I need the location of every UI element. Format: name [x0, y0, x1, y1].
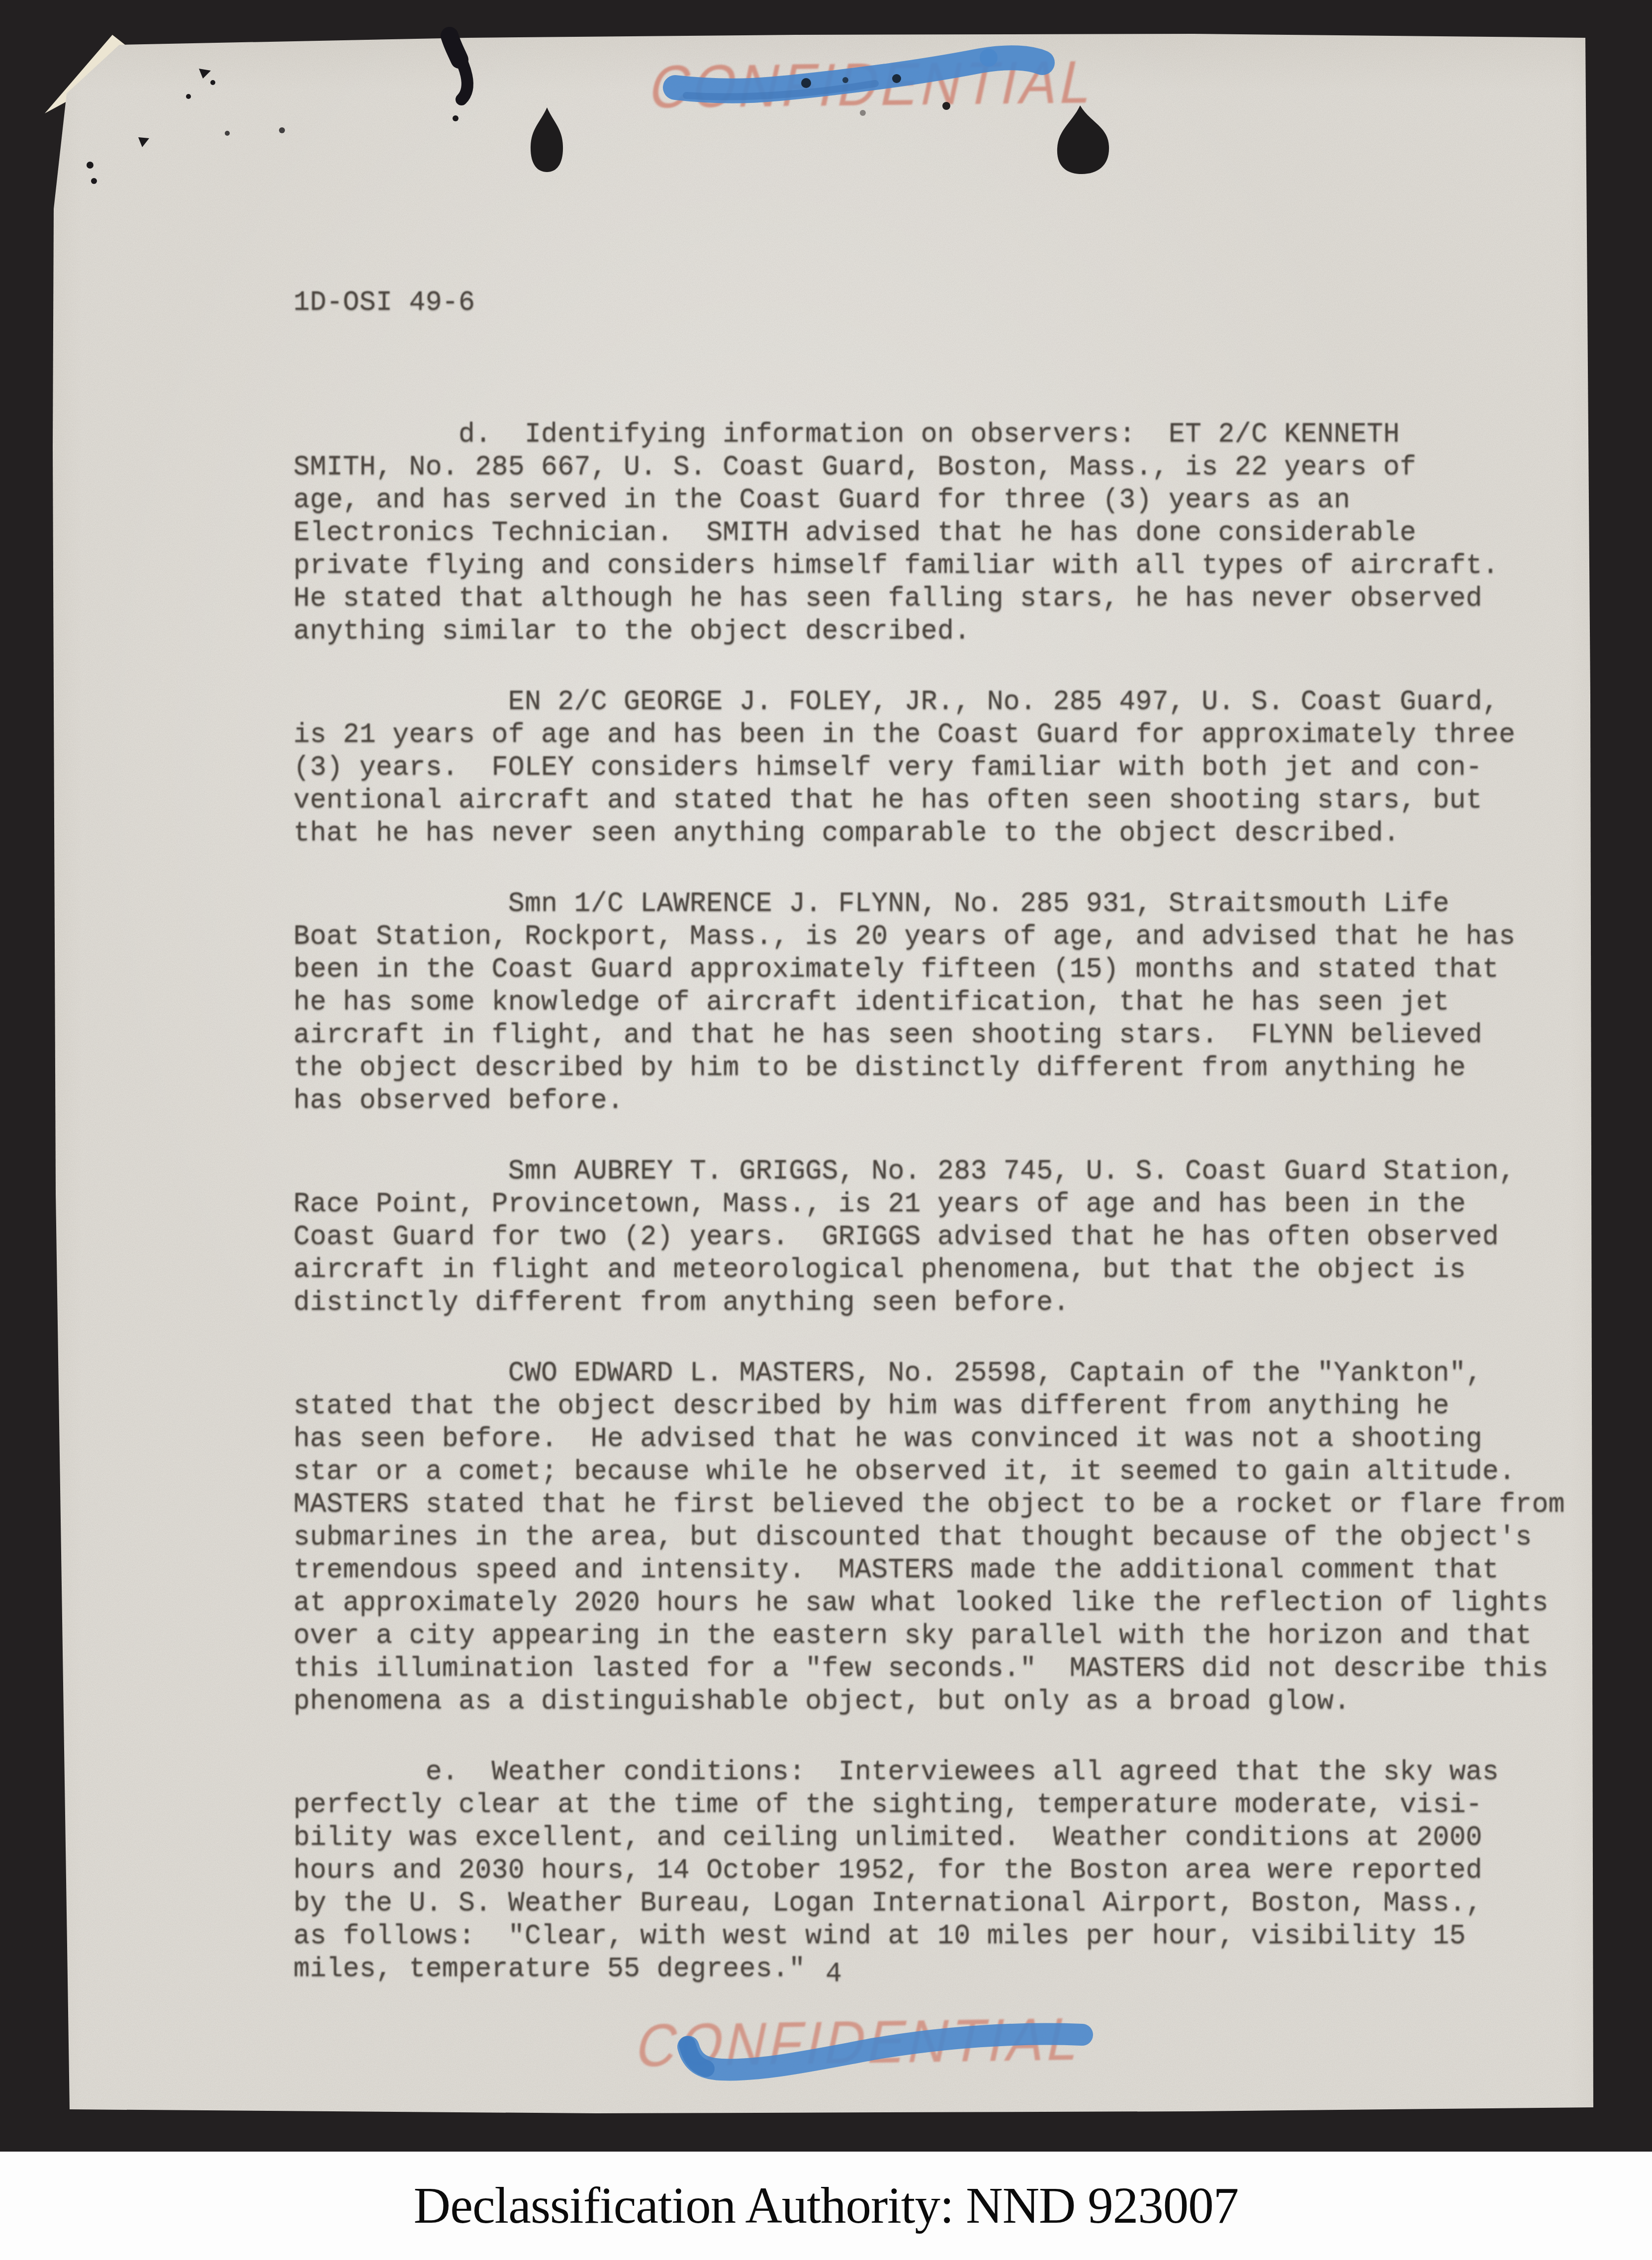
paragraphs: d. Identifying information on observers:…	[293, 418, 1565, 1986]
text-line: the object described by him to be distin…	[293, 1052, 1565, 1085]
text-line: as follows: "Clear, with west wind at 10…	[293, 1920, 1565, 1953]
text-line: submarines in the area, but discounted t…	[293, 1521, 1565, 1554]
text-line: MASTERS stated that he first believed th…	[293, 1488, 1565, 1521]
paragraph: d. Identifying information on observers:…	[293, 418, 1565, 648]
paragraph: CWO EDWARD L. MASTERS, No. 25598, Captai…	[293, 1357, 1565, 1718]
text-line: has seen before. He advised that he was …	[293, 1423, 1565, 1455]
text-line: star or a comet; because while he observ…	[293, 1455, 1565, 1488]
text-line: miles, temperature 55 degrees."	[293, 1953, 1565, 1986]
text-line: Coast Guard for two (2) years. GRIGGS ad…	[293, 1221, 1565, 1254]
text-line: has observed before.	[293, 1085, 1565, 1117]
text-line: Boat Station, Rockport, Mass., is 20 yea…	[293, 920, 1565, 953]
paragraph: EN 2/C GEORGE J. FOLEY, JR., No. 285 497…	[293, 686, 1565, 850]
document-reference: 1D-OSI 49-6	[293, 286, 1565, 319]
text-line: over a city appearing in the eastern sky…	[293, 1620, 1565, 1652]
text-line: hours and 2030 hours, 14 October 1952, f…	[293, 1854, 1565, 1887]
paragraph: Smn 1/C LAWRENCE J. FLYNN, No. 285 931, …	[293, 888, 1565, 1117]
text-line: tremendous speed and intensity. MASTERS …	[293, 1554, 1565, 1587]
text-line: this illumination lasted for a "few seco…	[293, 1652, 1565, 1685]
page-number: 4	[826, 1958, 842, 1990]
text-line: at approximately 2020 hours he saw what …	[293, 1587, 1565, 1620]
document-body: 1D-OSI 49-6 d. Identifying information o…	[293, 221, 1565, 2089]
text-line: age, and has served in the Coast Guard f…	[293, 484, 1565, 517]
text-line: is 21 years of age and has been in the C…	[293, 719, 1565, 751]
text-line: by the U. S. Weather Bureau, Logan Inter…	[293, 1887, 1565, 1920]
text-line: d. Identifying information on observers:…	[293, 418, 1565, 451]
text-line: Electronics Technician. SMITH advised th…	[293, 517, 1565, 549]
text-line: SMITH, No. 285 667, U. S. Coast Guard, B…	[293, 451, 1565, 484]
text-line: Smn 1/C LAWRENCE J. FLYNN, No. 285 931, …	[293, 888, 1565, 920]
text-line: Race Point, Provincetown, Mass., is 21 y…	[293, 1188, 1565, 1221]
text-line: CWO EDWARD L. MASTERS, No. 25598, Captai…	[293, 1357, 1565, 1390]
confidential-stamp-bottom: CONFIDENTIAL	[631, 2008, 1089, 2076]
text-line: stated that the object described by him …	[293, 1390, 1565, 1423]
text-line: distinctly different from anything seen …	[293, 1286, 1565, 1319]
text-line: aircraft in flight and meteorological ph…	[293, 1254, 1565, 1286]
text-line: EN 2/C GEORGE J. FOLEY, JR., No. 285 497…	[293, 686, 1565, 719]
paragraph: Smn AUBREY T. GRIGGS, No. 283 745, U. S.…	[293, 1155, 1565, 1319]
text-line: that he has never seen anything comparab…	[293, 817, 1565, 850]
text-line: bility was excellent, and ceiling unlimi…	[293, 1821, 1565, 1854]
text-line: He stated that although he has seen fall…	[293, 582, 1565, 615]
text-line: he has some knowledge of aircraft identi…	[293, 986, 1565, 1019]
text-line: Smn AUBREY T. GRIGGS, No. 283 745, U. S.…	[293, 1155, 1565, 1188]
text-line: anything similar to the object described…	[293, 615, 1565, 648]
text-line: aircraft in flight, and that he has seen…	[293, 1019, 1565, 1052]
paragraph: e. Weather conditions: Interviewees all …	[293, 1756, 1565, 1986]
scanned-document-page: CONFIDENTIAL 1D-OSI 49-6 d. Identifying …	[0, 0, 1652, 2260]
text-line: e. Weather conditions: Interviewees all …	[293, 1756, 1565, 1789]
paper-sheet: CONFIDENTIAL 1D-OSI 49-6 d. Identifying …	[0, 0, 1652, 2260]
declassification-text: Declassification Authority: NND 923007	[414, 2176, 1238, 2235]
text-line: phenomena as a distinguishable object, b…	[293, 1685, 1565, 1718]
confidential-stamp-top: CONFIDENTIAL	[644, 52, 1102, 117]
text-line: perfectly clear at the time of the sight…	[293, 1789, 1565, 1821]
text-line: (3) years. FOLEY considers himself very …	[293, 751, 1565, 784]
text-line: been in the Coast Guard approximately fi…	[293, 953, 1565, 986]
text-line: ventional aircraft and stated that he ha…	[293, 784, 1565, 817]
declassification-band: Declassification Authority: NND 923007	[0, 2152, 1652, 2260]
text-line: private flying and considers himself fam…	[293, 549, 1565, 582]
